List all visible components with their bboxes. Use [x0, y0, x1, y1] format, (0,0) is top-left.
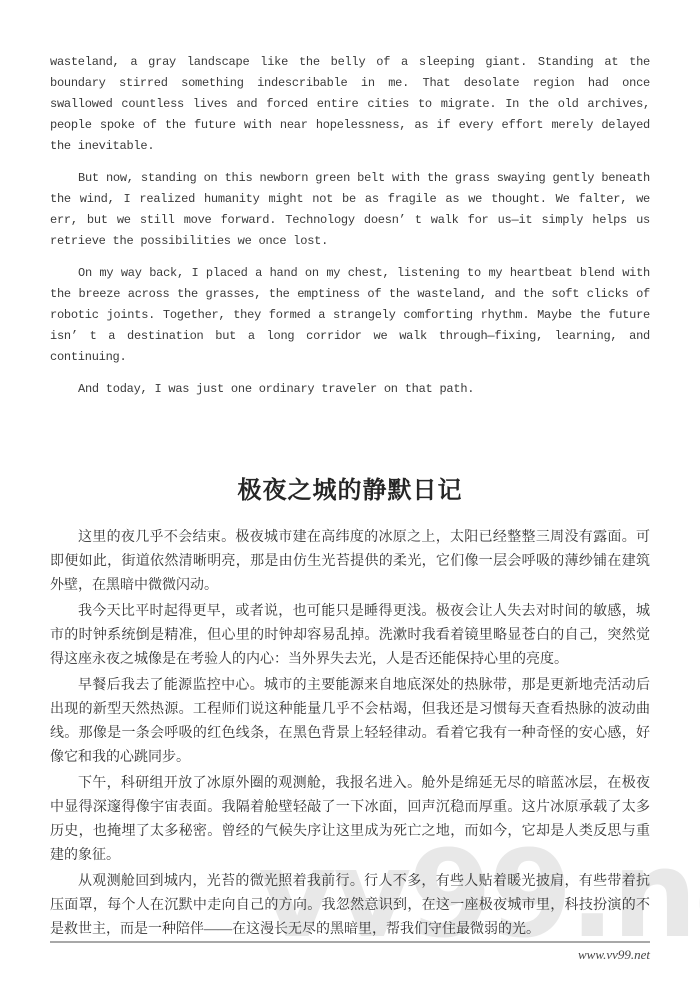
footer-divider: [50, 941, 650, 943]
english-section: wasteland, a gray landscape like the bel…: [50, 52, 650, 400]
footer-site-url: www.vv99.net: [578, 947, 650, 963]
document-title: 极夜之城的静默日记: [50, 474, 650, 508]
page-content: wasteland, a gray landscape like the bel…: [0, 0, 700, 942]
chinese-paragraph: 这里的夜几乎不会结束。极夜城市建在高纬度的冰原之上，太阳已经整整三周没有露面。可…: [50, 526, 650, 598]
english-paragraph: On my way back, I placed a hand on my ch…: [50, 263, 650, 368]
english-paragraph: And today, I was just one ordinary trave…: [50, 379, 650, 400]
english-paragraph: wasteland, a gray landscape like the bel…: [50, 52, 650, 157]
document-page: vv99.net wasteland, a gray landscape lik…: [0, 0, 700, 989]
chinese-paragraph: 从观测舱回到城内，光苔的微光照着我前行。行人不多，有些人贴着暖光披肩，有些带着抗…: [50, 870, 650, 942]
chinese-paragraph: 早餐后我去了能源监控中心。城市的主要能源来自地底深处的热脉带，那是更新地壳活动后…: [50, 674, 650, 770]
chinese-section: 这里的夜几乎不会结束。极夜城市建在高纬度的冰原之上，太阳已经整整三周没有露面。可…: [50, 526, 650, 942]
chinese-paragraph: 我今天比平时起得更早，或者说，也可能只是睡得更浅。极夜会让人失去对时间的敏感，城…: [50, 600, 650, 672]
english-paragraph: But now, standing on this newborn green …: [50, 168, 650, 252]
chinese-paragraph: 下午，科研组开放了冰原外圈的观测舱，我报名进入。舱外是绵延无尽的暗蓝冰层，在极夜…: [50, 772, 650, 868]
